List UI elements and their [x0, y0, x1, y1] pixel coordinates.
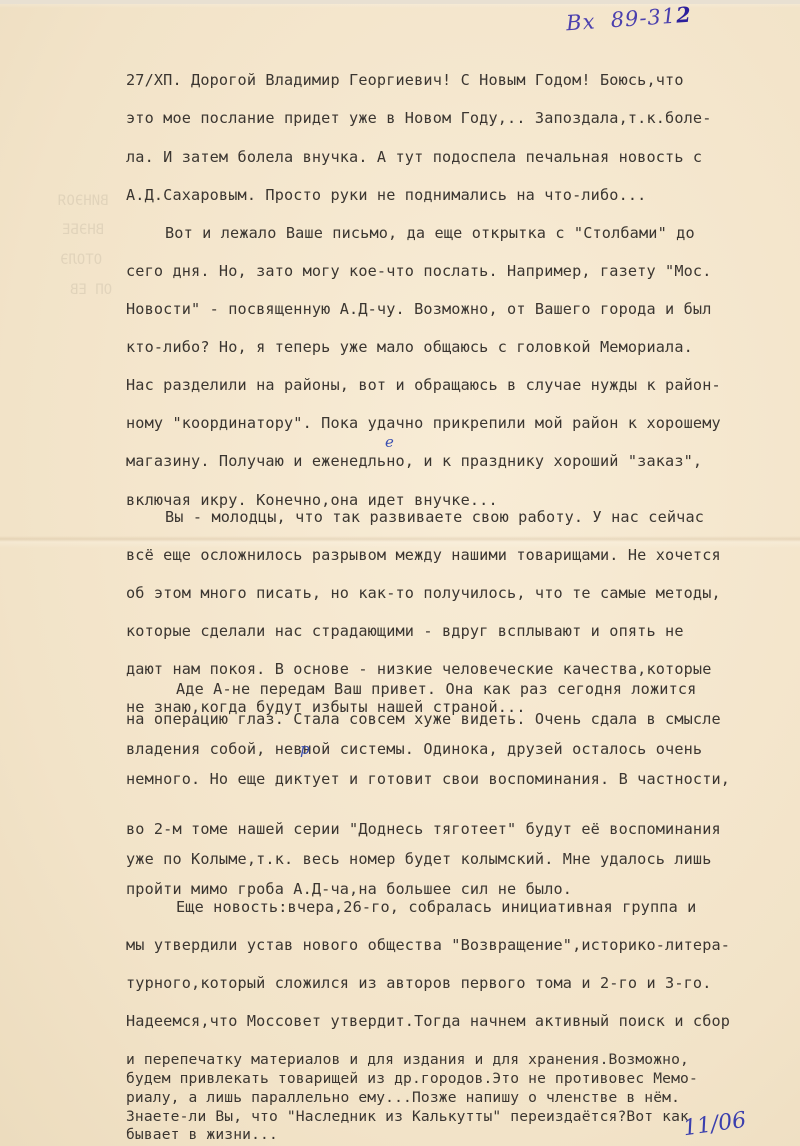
- text-line: мы утвердили устав нового общества "Возв…: [126, 936, 730, 954]
- text-line: Вы - молодцы, что так развиваете свою ра…: [165, 508, 704, 526]
- bleed-through-text: ВНЭБЕ: [62, 222, 104, 238]
- text-line: риалу, а лишь параллельно ему...Позже на…: [126, 1090, 680, 1105]
- text-line: во 2-м томе нашей серии "Доднесь тяготее…: [126, 820, 721, 838]
- text-line: ла. И затем болела внучка. А тут подоспе…: [126, 148, 702, 166]
- text-line: всё еще осложнилось разрывом между нашим…: [126, 546, 721, 564]
- text-line: владения собой, невной системы. Одинока,…: [126, 740, 702, 758]
- text-line: уже по Колыме,т.к. весь номер будет колы…: [126, 850, 712, 868]
- text-line: на операцию глаз. Стала совсем хуже виде…: [126, 710, 721, 728]
- text-line: Еще новость:вчера,26-го, собралась иници…: [176, 898, 696, 916]
- text-line: Вот и лежало Ваше письмо, да еще открытк…: [165, 224, 695, 242]
- text-line: об этом много писать, но как-то получило…: [126, 584, 721, 602]
- text-line: Знаете-ли Вы, что "Наследник из Калькутт…: [126, 1109, 689, 1124]
- text-line: кто-либо? Но, я теперь уже мало общаюсь …: [126, 338, 693, 356]
- handwritten-correction: р: [300, 740, 310, 758]
- text-line: это мое послание придет уже в Новом Году…: [126, 109, 712, 127]
- text-line: Нас разделили на районы, вот и обращаюсь…: [126, 376, 721, 394]
- text-line: которые сделали нас страдающими - вдруг …: [126, 622, 684, 640]
- text-line: дают нам покоя. В основе - низкие челове…: [126, 660, 712, 678]
- folio-mark: 11/06: [682, 1108, 748, 1142]
- text-line: немного. Но еще диктует и готовит свои в…: [126, 770, 730, 788]
- text-line: турного,который сложился из авторов перв…: [126, 974, 712, 992]
- text-line: и перепечатку материалов и для издания и…: [126, 1052, 689, 1067]
- letter-page: ВИНЭОЯ ВНЭБЕ ОТОЛЭ ОП ЕВ Вх 89-312 27/ХП…: [0, 0, 800, 1146]
- text-line: ному "координатору". Пока удачно прикреп…: [126, 414, 721, 432]
- stamp-prefix: Вх: [565, 9, 596, 35]
- text-line: бывает в жизни...: [126, 1127, 278, 1142]
- text-line: Аде А-не передам Ваш привет. Она как раз…: [176, 680, 696, 698]
- text-line: Новости" - посвященную А.Д-чу. Возможно,…: [126, 300, 712, 318]
- bleed-through-text: ВИНЭОЯ: [58, 193, 109, 209]
- stamp-number: 89-31: [610, 4, 677, 33]
- text-line: будем привлекать товарищей из др.городов…: [126, 1071, 698, 1086]
- registry-stamp: Вх 89-312: [565, 2, 692, 36]
- text-line: 27/ХП. Дорогой Владимир Георгиевич! С Но…: [126, 71, 684, 89]
- text-line: пройти мимо гроба А.Д-ча,на большее сил …: [126, 880, 572, 898]
- text-line: сего дня. Но, зато могу кое-что послать.…: [126, 262, 712, 280]
- handwritten-correction: е: [385, 433, 394, 451]
- bleed-through-text: ОТОЛЭ: [60, 252, 102, 268]
- text-line: А.Д.Сахаровым. Просто руки не поднималис…: [126, 186, 646, 204]
- stamp-overwrite-digit: 2: [675, 2, 692, 28]
- text-line: включая икру. Конечно,она идет внучке...: [126, 491, 498, 509]
- bleed-through-text: ОП ЕВ: [70, 282, 112, 298]
- text-line: магазину. Получаю и еженедльно, и к праз…: [126, 452, 702, 470]
- text-line: Надеемся,что Моссовет утвердит.Тогда нач…: [126, 1012, 730, 1030]
